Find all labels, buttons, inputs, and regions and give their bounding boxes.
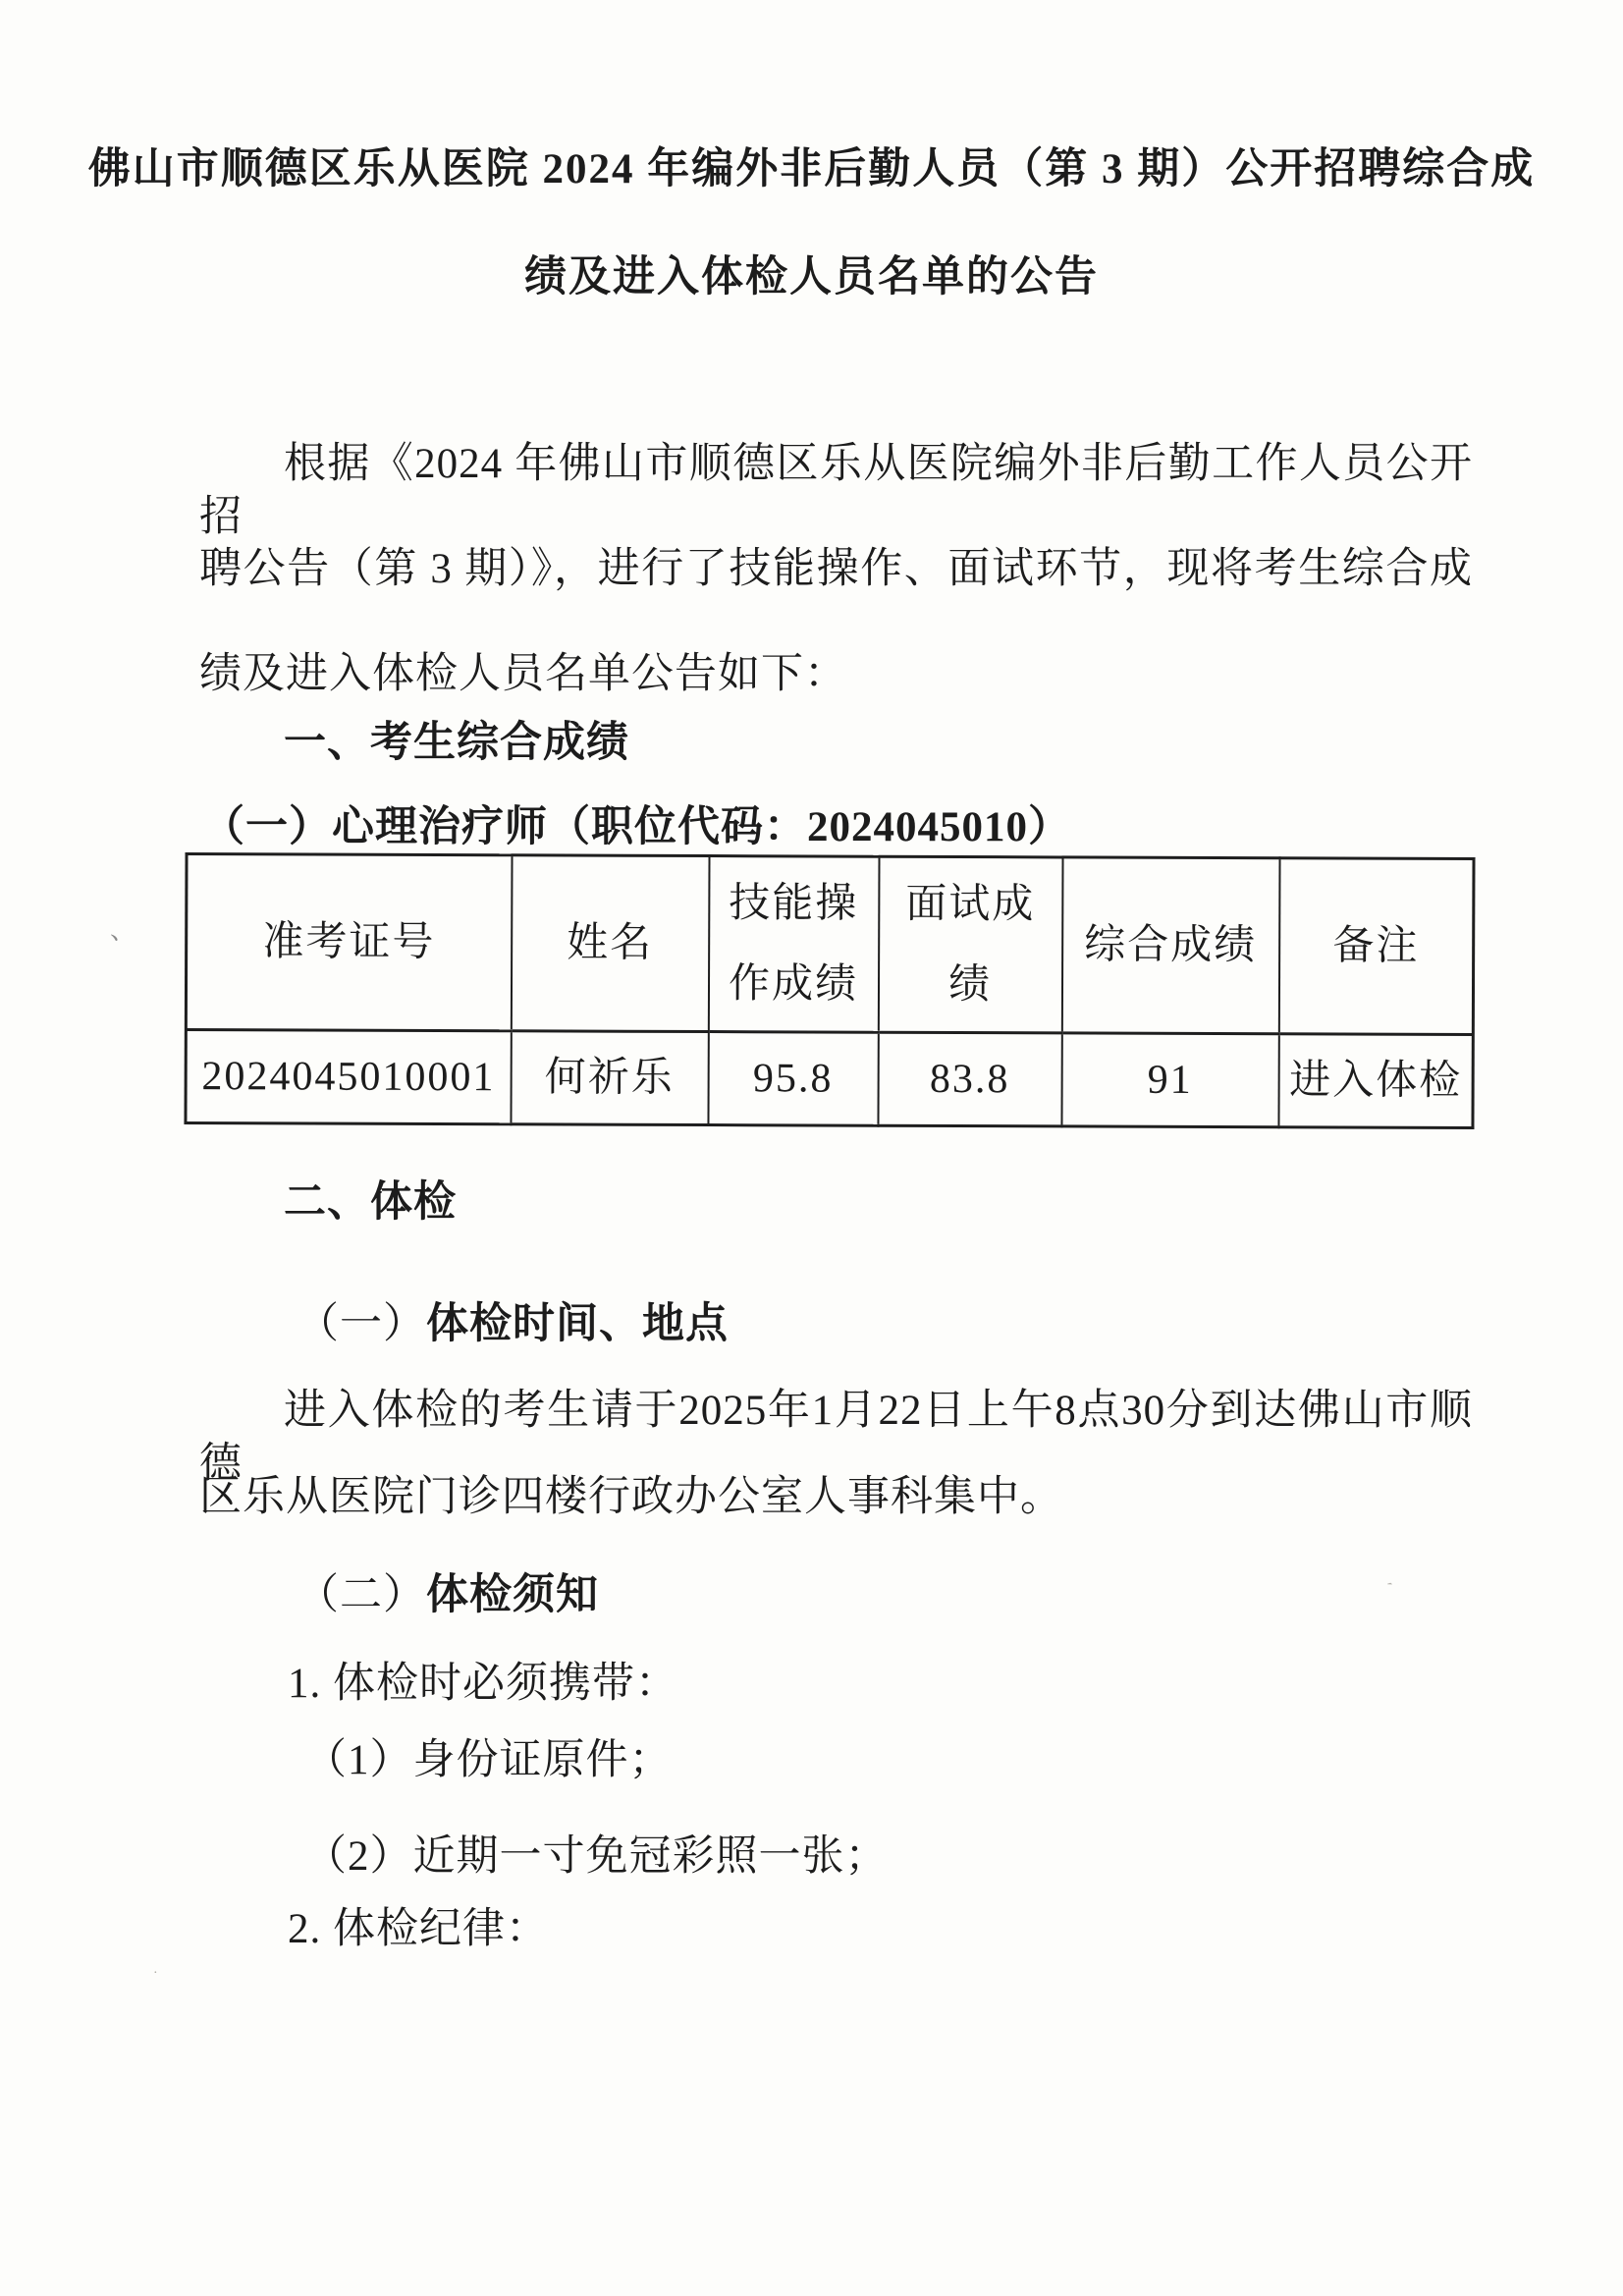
document-title-line-1: 佛山市顺德区乐从医院 2024 年编外非后勤人员（第 3 期）公开招聘综合成 [0, 143, 1623, 196]
header-cell-admission-no: 准考证号 [186, 854, 512, 1031]
section1-heading: 一、考生综合成绩 [284, 717, 629, 770]
header-cell-skill-score: 技能操作成绩 [708, 856, 879, 1033]
header-cell-remark: 备注 [1278, 858, 1474, 1035]
position-subheading: （一）心理治疗师（职位代码：2024045010） [202, 801, 1071, 854]
cell-remark: 进入体检 [1278, 1034, 1473, 1128]
intro-paragraph-line-3: 绩及进入体检人员名单公告如下： [199, 648, 1473, 701]
scan-artifact: · [153, 1967, 158, 1981]
cell-admission-no: 2024045010001 [186, 1030, 511, 1124]
exam-note-item-1: 1. 体检时必须携带： [288, 1658, 678, 1711]
physical-exam-time-subheading: （一）体检时间、地点 [297, 1298, 729, 1351]
table-header-row: 准考证号 姓名 技能操作成绩 面试成绩 综合成绩 备注 [186, 854, 1474, 1035]
document-title-line-2: 绩及进入体检人员名单的公告 [0, 251, 1623, 304]
table-row: 2024045010001 何祈乐 95.8 83.8 91 进入体检 [186, 1030, 1473, 1128]
score-table-wrapper: 准考证号 姓名 技能操作成绩 面试成绩 综合成绩 备注 202404501000… [184, 852, 1475, 1129]
physical-exam-notes-subheading: （二）体检须知 [297, 1569, 599, 1622]
intro-paragraph-line-2: 聘公告（第 3 期）》，进行了技能操作、面试环节，现将考生综合成 [199, 543, 1473, 596]
intro-paragraph-line-1: 根据《2024 年佛山市顺德区乐从医院编外非后勤工作人员公开招 [199, 438, 1473, 544]
exam-time-paragraph-line-2: 区乐从医院门诊四楼行政办公室人事科集中。 [199, 1471, 1473, 1524]
cell-name: 何祈乐 [511, 1031, 708, 1125]
scanned-announcement-page: 佛山市顺德区乐从医院 2024 年编外非后勤人员（第 3 期）公开招聘综合成 绩… [0, 0, 1623, 2296]
exam-note-item-3: （2）近期一寸免冠彩照一张； [304, 1831, 889, 1884]
header-cell-name: 姓名 [511, 855, 709, 1032]
subheading-label: 体检时间、地点 [426, 1301, 729, 1347]
exam-note-item-2: （1）身份证原件； [304, 1734, 673, 1787]
scan-artifact: ˊ [1378, 1579, 1395, 1599]
cell-skill-score: 95.8 [708, 1032, 878, 1126]
cell-composite-score: 91 [1061, 1033, 1278, 1127]
cell-interview-score: 83.8 [878, 1032, 1061, 1126]
header-cell-composite-score: 综合成绩 [1061, 857, 1279, 1034]
scan-artifact: 、 [110, 918, 135, 944]
header-cell-interview-score: 面试成绩 [878, 856, 1062, 1033]
exam-note-item-4: 2. 体检纪律： [288, 1903, 549, 1956]
subheading-label: 体检须知 [426, 1572, 599, 1618]
subheading-prefix: （一） [297, 1301, 426, 1347]
section2-heading: 二、体检 [284, 1176, 457, 1230]
score-table: 准考证号 姓名 技能操作成绩 面试成绩 综合成绩 备注 202404501000… [184, 852, 1475, 1129]
subheading-prefix: （二） [297, 1572, 426, 1618]
